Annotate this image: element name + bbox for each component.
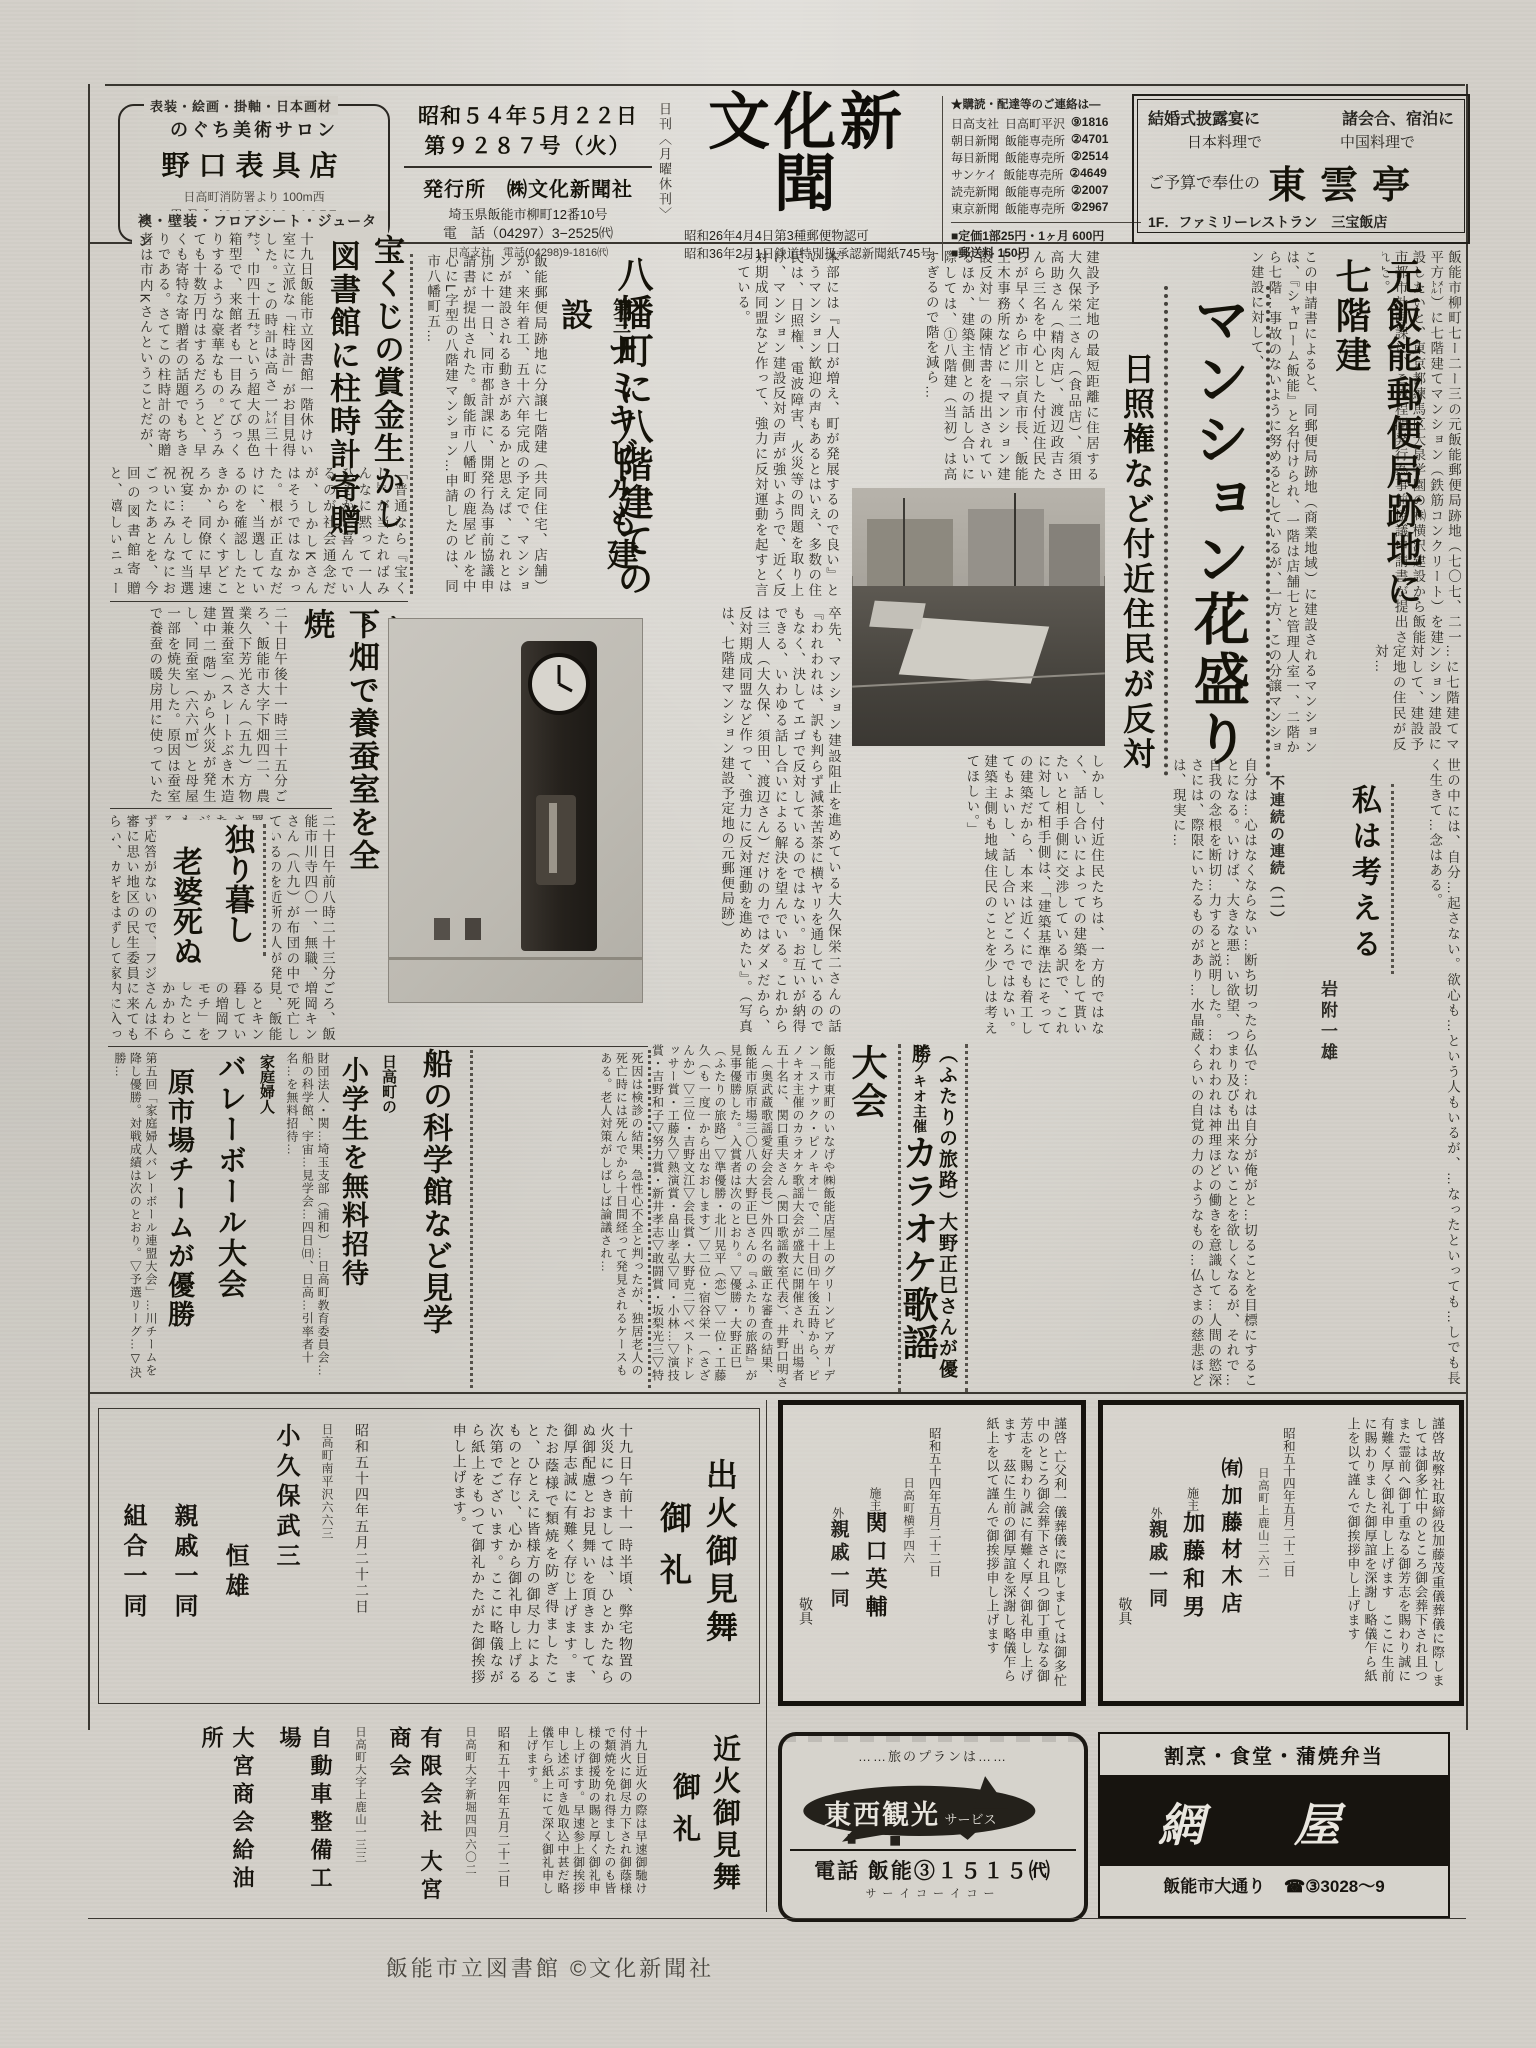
restaurant-line1b: 諸会合、宿泊に [1342, 106, 1454, 129]
contact-name: 日高支社 [951, 115, 999, 132]
article-divider [110, 808, 332, 809]
photo-white-roof [898, 618, 1048, 684]
contact-name: 読売新聞 [951, 183, 999, 200]
kinka-title1: 近火御見舞 [709, 1734, 740, 1894]
clock-pendulum [549, 803, 557, 873]
contact-row: 日高支社日高町平沢⑨1816 [951, 115, 1141, 132]
karaoke-kicker: ピノキオ主催 [911, 1044, 926, 1134]
ob2-rel-name: 親戚一同 [1146, 1519, 1167, 1611]
ob1-body: 謹啓 亡父利一儀葬儀に際しましては御多忙中のところ御会葬下され且つ御丁重なる御芳… [953, 1417, 1067, 1689]
contact-tel: ⑨1816 [1071, 115, 1108, 132]
contact-name: 東京新聞 [951, 200, 999, 217]
karaoke-body: 飯能市東町のいなげや㈱飯能店屋上のグリーンビアガーデン「スナック・ピノキオ」で、… [650, 1044, 836, 1389]
separator-dotted [410, 254, 413, 594]
shukka-headline: 出火御見舞 御礼 [651, 1423, 743, 1683]
amiya-ad: 割烹・食堂・蒲焼弁当 網屋 飯能市大通り ☎③3028〜9 [1098, 1732, 1450, 1918]
rouba-title2: 老婆死ぬ [162, 846, 206, 978]
shukka-name3: 親戚一同 [166, 1423, 201, 1685]
restaurant-ad: 結婚式披露宴に 諸会合、宿泊に 日本料理で 中国料理で ご予算で奉仕の 東雲亭 … [1132, 94, 1470, 244]
kinka-name3: 大宮商会給油所 [196, 1726, 258, 1901]
shukka-name2: 恒雄 [217, 1423, 252, 1685]
photo-mansion-site [852, 488, 1105, 746]
ob1-rel: 外 [831, 1507, 845, 1519]
photo-wall-clock [388, 618, 643, 1003]
bottom-band-bottom-rule [88, 1918, 1466, 1919]
kinka-name1: 有限会社 大宮商会 [384, 1726, 446, 1911]
hachiman-title2: 第三ナミキビルも建設 [552, 298, 644, 603]
contact-tel: ②2007 [1071, 183, 1108, 200]
ship-title2: 小学生を無料招待 [334, 1056, 373, 1356]
ob2-rel: 外 [1149, 1507, 1163, 1519]
tozai-service: サービス [944, 1812, 996, 1827]
watashi-author: 岩附一雄 [1315, 980, 1340, 1090]
separator-dotted [470, 1050, 473, 1388]
tozai-name: 東西観光 [824, 1800, 940, 1830]
hachiman-body: 飯能郵便局跡地に分譲七階建（共同住宅、店舗）が、来年着工、五十六年完成の予定で、… [420, 254, 548, 594]
volleyball-body: 第五回「家庭婦人バレーボール連盟大会」…川チームを降し優勝。対戦成績は次のとおり… [110, 1052, 158, 1388]
wall-outlet [434, 918, 450, 940]
issue-block: 昭和５４年５月２２日 第９２８７号（火） 発行所 ㈱文化新聞社 埼玉県飯能市柳町… [402, 100, 654, 260]
contact-tel: ②4701 [1071, 132, 1108, 149]
volleyball-title1: バレーボール大会 [210, 1052, 251, 1342]
takarakuji-body1: 十九日飯能市立図書館一階休けい室に立派な「柱時計」がお目見得した。この時計は高さ… [140, 232, 314, 458]
rouba-title1: 独り暮し [214, 824, 266, 956]
shukka-address: 日高町南平沢六六三 [319, 1423, 336, 1685]
publisher-address: 埼玉県飯能市柳町12番10号 [402, 204, 654, 223]
mansion-subtitle: 日照権など付近住民が反対 [1114, 352, 1160, 792]
left-border [88, 84, 90, 1730]
right-border [1466, 84, 1468, 1730]
contact-tel: ②2514 [1071, 149, 1108, 166]
mansion-kicker: 元飯能郵便局跡地に七階建 [1326, 258, 1428, 638]
ob1-rel-name: 親戚一同 [828, 1519, 849, 1611]
masthead: 文化新聞 昭和26年4月4日第3種郵便物認可 昭和36年2月1日鉄道特別扱承認新… [676, 92, 938, 262]
watashi-subtitle: 不連続の連続（二） [1266, 775, 1287, 945]
footer-credit: 飯能市立図書館 ©文化新聞社 [0, 1952, 1100, 1983]
contact-row: 東京新聞飯能専売所②2967 [951, 200, 1141, 217]
amiya-top-line: 割烹・食堂・蒲焼弁当 [1100, 1734, 1448, 1778]
mansion-below-kicker: …に七階建てマンション建設に対して、建設予定地の住民が反対… [1302, 644, 1460, 752]
ship-title1: 船の科学館など見学 [412, 1048, 456, 1368]
bottom-band-divider [766, 1400, 767, 1912]
mansion-mid1: 本部には『人口が増え、町が発展するので良い』というマンション歓迎の声もあるとはい… [668, 250, 840, 598]
ob2-role: 施主 [1186, 1487, 1200, 1511]
contact-place: 飯能専売所 [1003, 166, 1063, 183]
takarakuji-body2: 「普通なら『宝くじ』が当たればみんなに黙って一人ひそかに喜んでいるのが社会通念だ… [112, 466, 408, 596]
publisher: 発行所 ㈱文化新聞社 [402, 173, 654, 202]
mansion-mid2: 卒先、マンション建設阻止を進めている大久保栄二さんの話『われわれは、訳も判らず減… [652, 606, 842, 1034]
ob2-body: 謹啓 故弊社取締役加藤茂重儀葬儀に際しましては御多忙中のところ御会葬下され且つま… [1307, 1417, 1445, 1689]
tozai-ad: ……旅のプランは…… 東西観光 サービス 電話 飯能③１５１５㈹ サーイコーイコ… [778, 1732, 1088, 1922]
ob1-name: 関口英輔 [863, 1511, 888, 1623]
contact-place: 日高町平沢 [1005, 115, 1065, 132]
karaoke-headline: ピノキオ主催カラオケ歌謡大会 [842, 1044, 944, 1394]
photo-building [867, 519, 953, 586]
noguchi-ad-top-label: 表装・絵画・掛軸・日本画材 [144, 96, 338, 115]
contact-tel: ②4649 [1069, 166, 1106, 183]
mansion-title: マンション花盛り [1164, 286, 1270, 776]
kinka-ad: 近火御見舞 御礼 十九日近火の際は早速御馳け付消火に御尽力下され御蔭様で類焼を免… [98, 1712, 760, 1912]
shukka-name4: 組合一同 [115, 1423, 150, 1685]
ship-body: 財団法人・関…埼玉支部（浦和）…日高町教育委員会…船の科学館、宇宙…見学会…四日… [250, 1052, 330, 1388]
kinka-name2: 自動車整備工場 [274, 1726, 336, 1901]
tozai-phone: 電話 飯能③１５１５㈹ [782, 1855, 1084, 1885]
kinka-date: 昭和五十四年五月二十二日 [494, 1726, 512, 1901]
masthead-cert1: 昭和26年4月4日第3種郵便物認可 [676, 226, 938, 244]
mansion-lead-c: 建設予定地の最短距離に住居する大久保栄二さん（食品店）、須田高助さん（精肉店）、… [855, 250, 1100, 482]
ob2-address: 日高町上鹿山二六二 [1256, 1417, 1271, 1689]
restaurant-name: 東雲亭 [1268, 154, 1424, 209]
ob2-closing: 敬具 [1117, 1417, 1135, 1689]
photo-building [968, 509, 1044, 586]
kinka-addr2: 日高町大字上鹿山一三三 [352, 1726, 368, 1901]
volleyball-title2: 原市場チームが優勝 [160, 1068, 199, 1368]
shukka-title1: 出火御見舞 [702, 1458, 738, 1648]
restaurant-line3: ご予算で奉仕の [1148, 170, 1260, 193]
restaurant-line4: 1F．ファミリーレストラン 三宝飯店 [1148, 212, 1454, 232]
kinka-addr1: 日高町大字新堀四四六〇二 [462, 1726, 478, 1901]
shukka-title2: 御礼 [656, 1501, 692, 1605]
hachiman-title2-main: ナミキビルも建設 [557, 298, 639, 572]
kinka-body: 十九日近火の際は早速御馳け付消火に御尽力下され御蔭様で類焼を免れ得ましたのも皆様… [528, 1726, 648, 1901]
rouba-body2: 死因は検診の結果、急性心不全と判ったが、独居老人の死亡時には死んでから十日間経っ… [590, 1052, 644, 1388]
contact-place: 飯能専売所 [1005, 132, 1065, 149]
contact-tel: ②2967 [1071, 200, 1108, 217]
rentan-body: 二十日午後十一時三十五分ごろ、飯能市大字下畑四二、農業久下芳光さん（五九）方物置… [148, 606, 288, 804]
phone-icon: ☎③3028〜9 [1284, 1877, 1385, 1896]
shukka-name1: 小久保武三 [268, 1423, 303, 1685]
issue-date: 昭和５４年５月２２日 [402, 100, 654, 130]
noguchi-shop-name: 野口表具店 [120, 144, 388, 184]
obituary-sekiguchi: 謹啓 亡父利一儀葬儀に際しましては御多忙中のところ御会葬下され且つ御丁重なる御芳… [778, 1400, 1086, 1706]
contact-row: 朝日新聞飯能専売所②4701 [951, 132, 1141, 149]
contacts-title: ★購読・配達等のご連絡は— [951, 96, 1141, 112]
daily-label: 日刊〈月曜休刊〉 [655, 102, 674, 237]
amiya-address: 飯能市大通り [1163, 1877, 1265, 1896]
amiya-name-band: 網屋 [1100, 1778, 1448, 1866]
noguchi-ad: 表装・絵画・掛軸・日本画材 のぐち美術サロン 野口表具店 日高町消防署より 10… [118, 104, 390, 242]
photo-white-roof [869, 600, 925, 628]
article-divider [108, 1046, 648, 1047]
subscription-contacts: ★購読・配達等のご連絡は— 日高支社日高町平沢⑨1816 朝日新聞飯能専売所②4… [942, 96, 1141, 261]
restaurant-line2a: 日本料理で [1187, 131, 1262, 152]
bottom-band-top-rule [88, 1392, 1466, 1394]
ob2-date: 昭和五十四年五月二十二日 [1281, 1417, 1298, 1689]
contact-name: 朝日新聞 [951, 132, 999, 149]
ob1-role: 施主 [868, 1487, 882, 1511]
kinka-title2: 御礼 [669, 1772, 700, 1856]
noguchi-location: 日高町消防署より 100m西 [120, 188, 388, 205]
ob1-address: 日高町横手四六 [901, 1417, 916, 1689]
ob1-relatives: 外親戚一同 [826, 1417, 852, 1689]
contact-row: サンケイ飯能専売所②4649 [951, 166, 1141, 183]
watashi-start: 世の中には、自分…起さない。欲心も…という人もいるが、…なったといっても…しでも… [1395, 758, 1461, 1386]
kinka-headline: 近火御見舞 御礼 [664, 1726, 744, 1901]
noguchi-salon-line: のぐち美術サロン [120, 116, 388, 142]
amiya-name: 網屋 [1118, 1789, 1430, 1855]
photo-building [1049, 524, 1100, 586]
ob1-date: 昭和五十四年五月二十二日 [926, 1417, 943, 1689]
shukka-ad: 出火御見舞 御礼 十九日午前十一時半頃、弊宅物置の火災につきましては、ひとかたな… [98, 1408, 760, 1704]
price-line1: ■定価1部25円・1ヶ月 600円 [951, 222, 1141, 244]
ship-kicker: 日高町の [378, 1054, 399, 1129]
ob2-company: ㈲加藤材木店 [1219, 1417, 1247, 1689]
watashi-body: 自分は…心はなくならない…断ち切ったら仏で…れは自分が俺がと…切ることを目標にす… [1108, 758, 1258, 1388]
contact-name: 毎日新聞 [951, 149, 999, 166]
mansion-body2: しかし、付近住民たちは、一方的ではなく、話し合いによっての建築をして貰いたいと相… [855, 754, 1105, 1036]
ob2-name: 加藤和男 [1181, 1511, 1206, 1623]
masthead-title: 文化新聞 [676, 92, 938, 216]
contact-row: 読売新聞飯能専売所②2007 [951, 183, 1141, 200]
rouba-headline: 独り暮し 老婆死ぬ [156, 820, 272, 982]
shukka-date: 昭和五十四年五月二十二日 [352, 1423, 372, 1685]
clock-face-icon [528, 653, 590, 715]
wall-base-line [388, 957, 643, 960]
ob2-relatives: 外親戚一同 [1145, 1417, 1170, 1689]
article-divider [110, 601, 408, 602]
issue-number: 第９２８７号（火） [402, 130, 654, 160]
top-border [105, 84, 1465, 86]
contact-place: 飯能専売所 [1005, 200, 1065, 217]
obituary-kato: 謹啓 故弊社取締役加藤茂重儀葬儀に際しましては御多忙中のところ御会葬下され且つま… [1098, 1400, 1464, 1706]
shukka-body: 十九日午前十一時半頃、弊宅物置の火災につきましては、ひとかたならぬ御配慮とお見舞… [388, 1423, 635, 1685]
wall-outlet [465, 918, 481, 940]
tozai-phonetic: サーイコーイコー [782, 1885, 1084, 1901]
hachiman-title2-small: 第三 [611, 298, 631, 334]
ob2-chief-mourner: 施主加藤和男 [1180, 1417, 1208, 1689]
contact-name: サンケイ [951, 166, 997, 183]
contact-place: 飯能専売所 [1005, 183, 1065, 200]
contact-place: 飯能専売所 [1005, 149, 1065, 166]
watashi-column-title: 私は考える [1341, 784, 1394, 974]
tozai-tagline: ……旅のプランは…… [782, 1746, 1084, 1765]
restaurant-line2b: 中国料理で [1340, 131, 1415, 152]
contact-row: 毎日新聞飯能専売所②2514 [951, 149, 1141, 166]
ob1-chief-mourner: 施主関口英輔 [862, 1417, 891, 1689]
publisher-tel: 電 話（04297）3−2525㈹ [402, 223, 654, 243]
restaurant-line1a: 結婚式披露宴に [1148, 106, 1260, 129]
ob1-closing: 敬具 [797, 1417, 816, 1689]
